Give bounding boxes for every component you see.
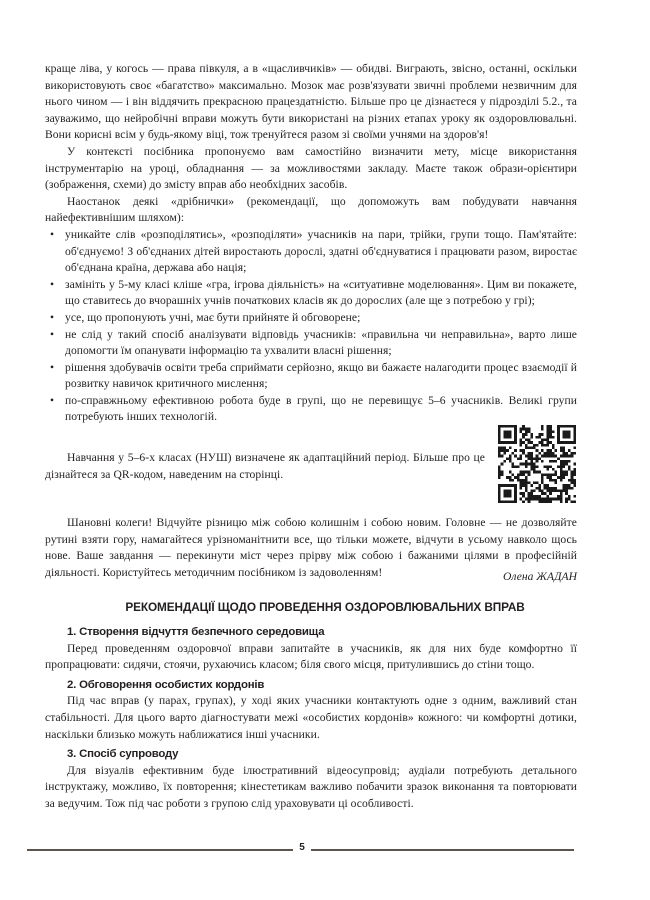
footer-rule-right (311, 849, 574, 851)
closing-paragraph: Шановні колеги! Відчуйте різницю між соб… (45, 515, 577, 581)
list-item: усе, що пропонують учні, має бути прийня… (45, 310, 577, 327)
document-page: краще ліва, у когось — права півкуля, а … (0, 0, 650, 900)
intro-section: краще ліва, у когось — права півкуля, а … (45, 61, 577, 426)
intro-paragraph-2: У контексті посібника пропонуємо вам сам… (45, 144, 577, 194)
list-item: уникайте слів «розподілятись», «розподіл… (45, 227, 577, 277)
footer-rule-left (27, 849, 293, 851)
qr-code-icon[interactable] (498, 425, 576, 503)
list-item: рішення здобувачів освіти треба сприймат… (45, 360, 577, 393)
page-footer: 5 (27, 842, 574, 856)
safe-environment-text: Перед проведенням оздоровчої вправи запи… (45, 641, 577, 674)
recommendations-list: уникайте слів «розподілятись», «розподіл… (45, 227, 577, 426)
personal-boundaries-text: Під час вправ (у парах, групах), у ході … (45, 693, 577, 743)
qr-note-text: Навчання у 5–6-х класах (НУШ) визначене … (45, 450, 485, 483)
guidance-method-text: Для візуалів ефективним буде ілюстративн… (45, 763, 577, 813)
section-title: РЕКОМЕНДАЦІЇ ЩОДО ПРОВЕДЕННЯ ОЗДОРОВЛЮВА… (0, 600, 650, 614)
closing-section: Шановні колеги! Відчуйте різницю між соб… (45, 515, 577, 581)
subheading-safe-environment: 1. Створення відчуття безпечного середов… (45, 624, 577, 641)
author-signature: Олена ЖАДАН (503, 570, 577, 583)
list-item: не слід у такий спосіб аналізувати відпо… (45, 327, 577, 360)
subheading-personal-boundaries: 2. Обговорення особистих кордонів (45, 677, 577, 694)
intro-paragraph-3: Наостанок деякі «дрібнички» (рекомендаці… (45, 194, 577, 227)
page-number: 5 (293, 842, 311, 853)
list-item: по-справжньому ефективною робота буде в … (45, 393, 577, 426)
subheading-guidance-method: 3. Спосіб супроводу (45, 746, 577, 763)
qr-note: Навчання у 5–6-х класах (НУШ) визначене … (45, 450, 485, 483)
recommendations-section: 1. Створення відчуття безпечного середов… (45, 624, 577, 813)
intro-paragraph-1: краще ліва, у когось — права півкуля, а … (45, 61, 577, 144)
list-item: замініть у 5-му класі кліше «гра, ігрова… (45, 277, 577, 310)
